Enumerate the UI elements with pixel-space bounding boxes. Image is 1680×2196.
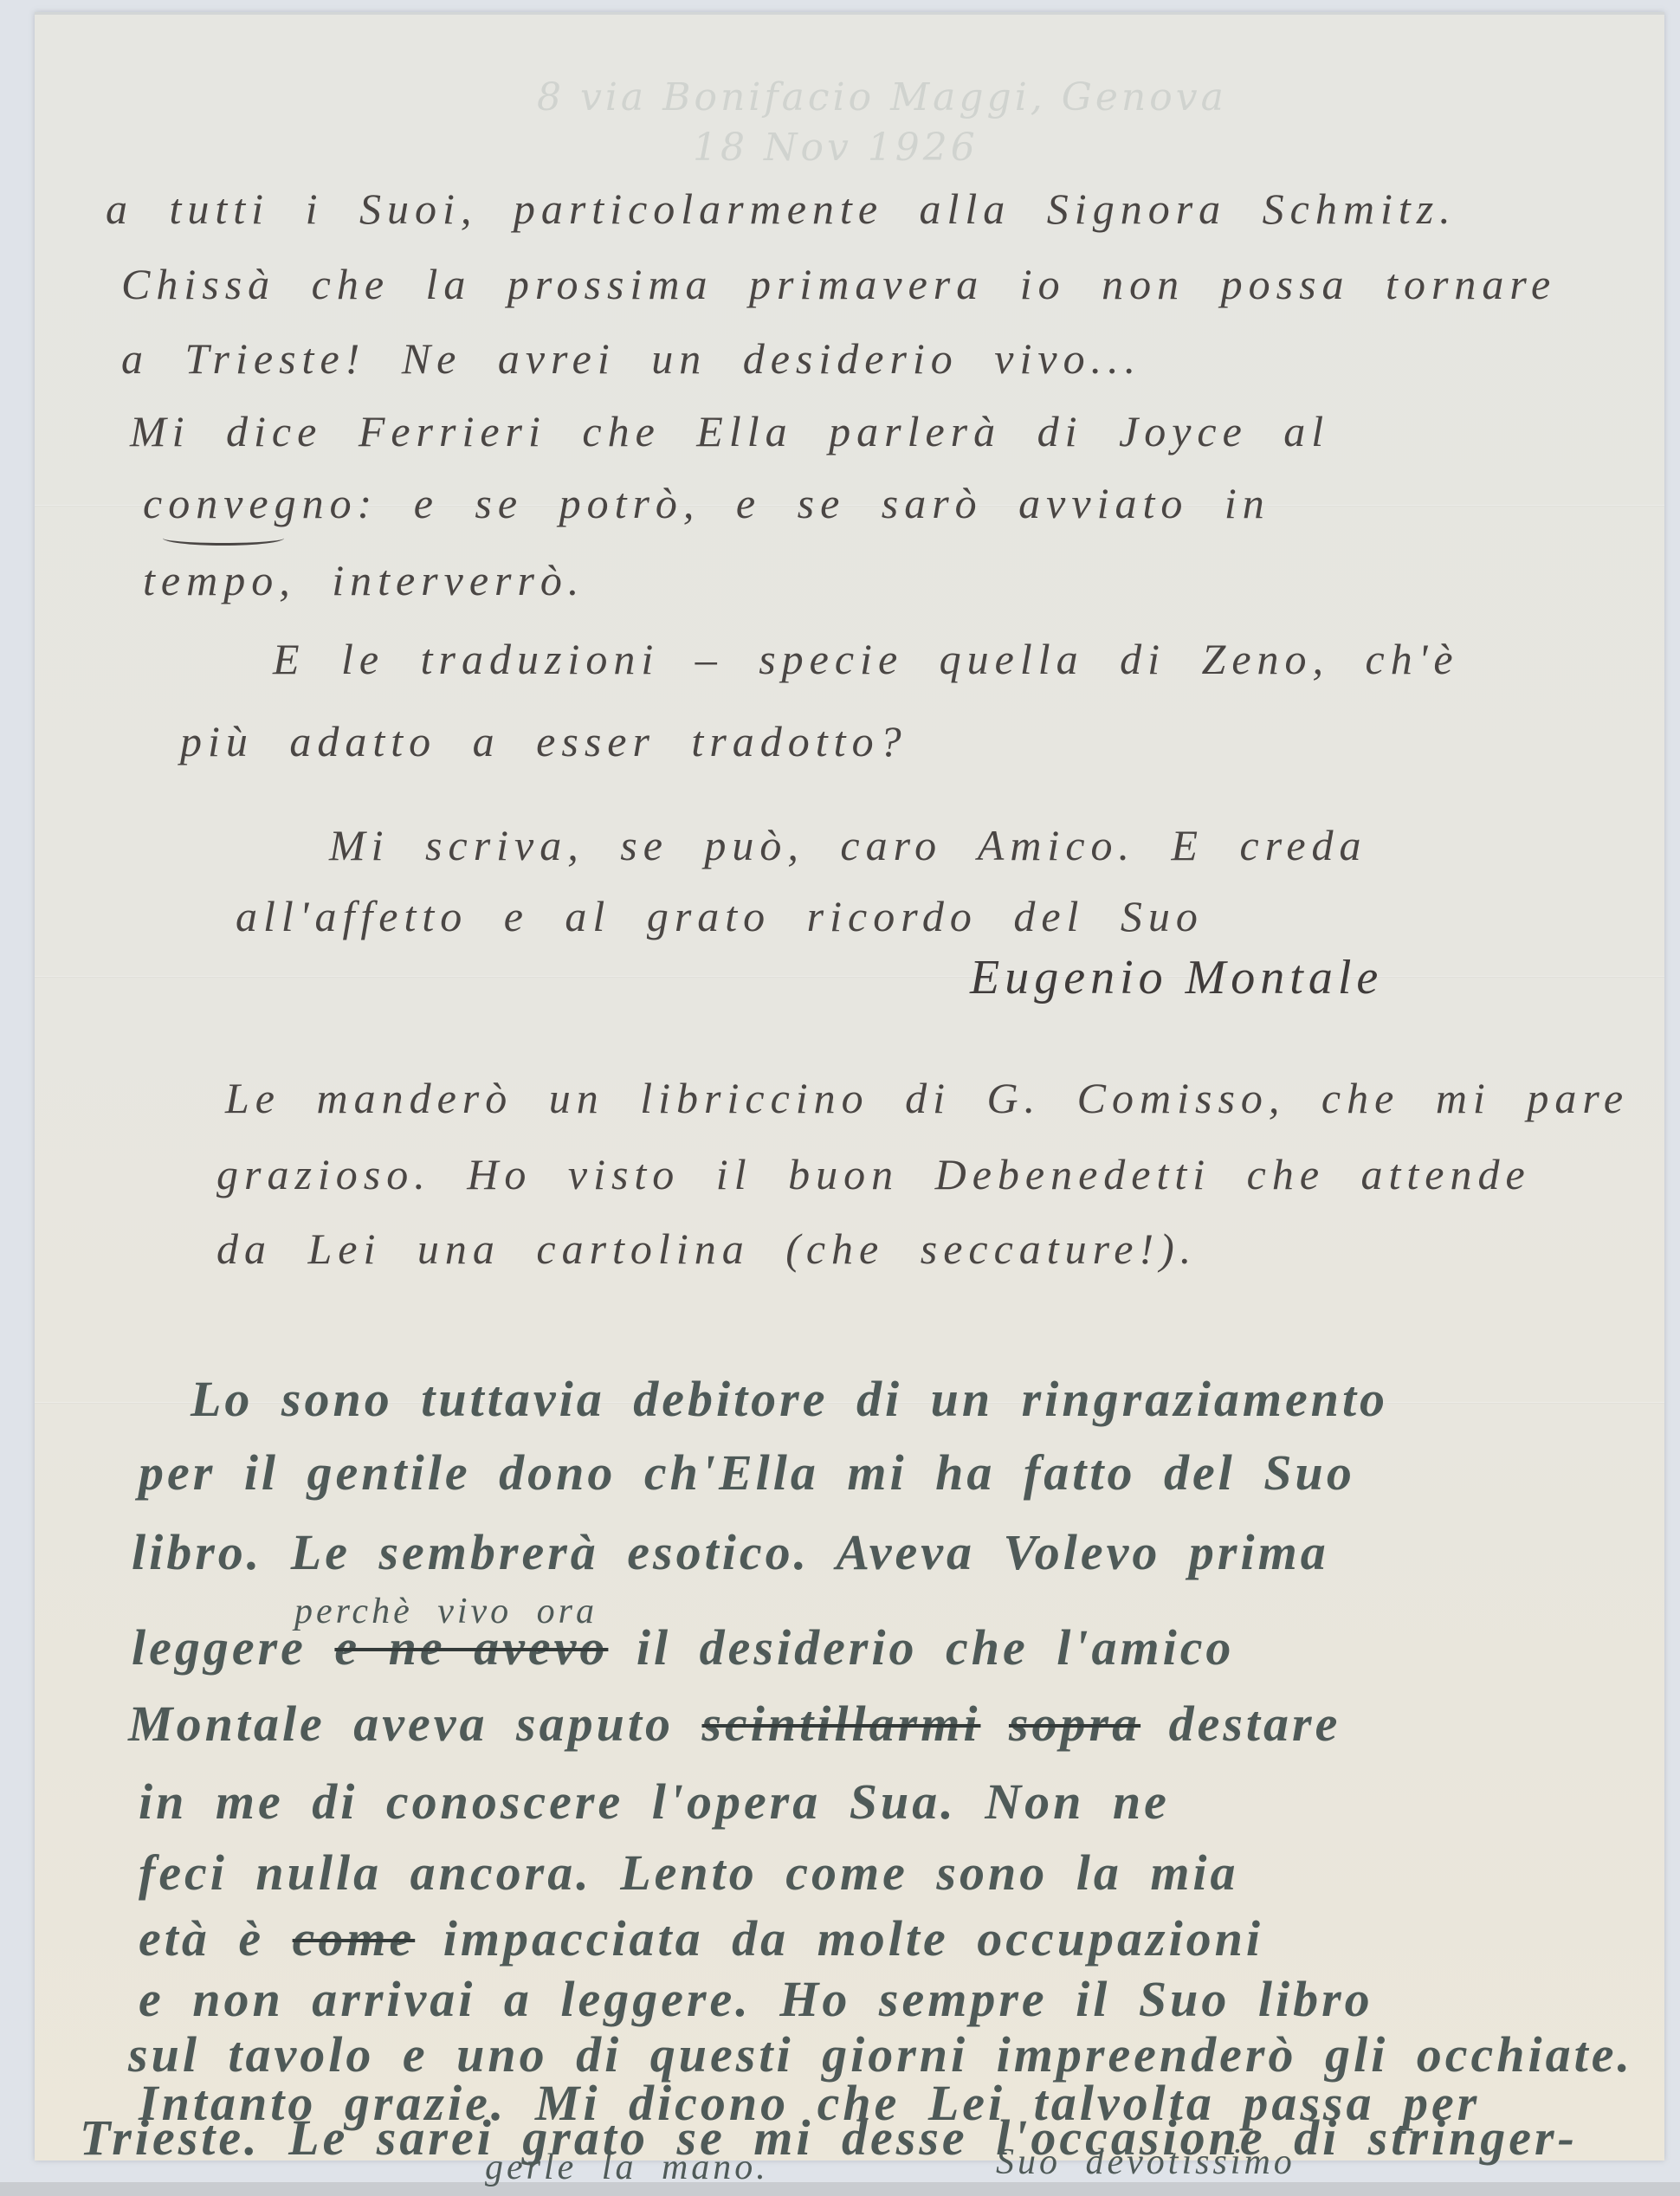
underline-convegno bbox=[163, 531, 284, 546]
svevo-valediction: Suo devotissimo bbox=[996, 2141, 1296, 2183]
svevo-line: feci nulla ancora. Lento come sono la mi… bbox=[139, 1844, 1239, 1902]
svevo-text: leggere bbox=[132, 1619, 307, 1676]
postscript-line: da Lei una cartolina (che seccature!). bbox=[216, 1224, 1197, 1274]
letter-line: Chissà che la prossima primavera io non … bbox=[121, 259, 1556, 309]
letter-line: E le traduzioni – specie quella di Zeno,… bbox=[273, 634, 1459, 684]
struck-text: come bbox=[293, 1910, 416, 1967]
letter-line: a tutti i Suoi, particolarmente alla Sig… bbox=[106, 184, 1457, 234]
svevo-line: Lo sono tuttavia debitore di un ringrazi… bbox=[191, 1370, 1388, 1428]
struck-text: scintillarmi bbox=[701, 1695, 980, 1752]
svevo-text: età è bbox=[139, 1910, 264, 1967]
svevo-line: e non arrivai a leggere. Ho sempre il Su… bbox=[139, 1970, 1373, 2028]
svevo-text: impacciata da molte occupazioni bbox=[443, 1910, 1263, 1967]
ghost-header-date: 18 Nov 1926 bbox=[693, 126, 979, 170]
svevo-line: per il gentile dono ch'Ella mi ha fatto … bbox=[139, 1444, 1355, 1502]
scan-bottom-band bbox=[0, 2182, 1680, 2196]
letter-line: convegno: e se potrò, e se sarò avviato … bbox=[143, 478, 1270, 528]
signature-montale: Eugenio Montale bbox=[970, 950, 1383, 1005]
svevo-line: libro. Le sembrerà esotico. Aveva Volevo… bbox=[132, 1523, 1329, 1581]
svevo-text: il desiderio che l'amico bbox=[636, 1619, 1235, 1676]
svevo-line: in me di conoscere l'opera Sua. Non ne bbox=[139, 1773, 1170, 1831]
letter-page: 8 via Bonifacio Maggi, Genova 18 Nov 192… bbox=[35, 12, 1664, 2160]
svevo-line: leggere e ne avevo il desiderio che l'am… bbox=[132, 1618, 1234, 1676]
svevo-text: Montale aveva saputo bbox=[128, 1695, 674, 1752]
letter-line: Mi dice Ferrieri che Ella parlerà di Joy… bbox=[130, 406, 1329, 456]
svevo-line: Trieste. Le sarei grato se mi desse l'oc… bbox=[80, 2109, 1578, 2167]
postscript-line: grazioso. Ho visto il buon Debenedetti c… bbox=[216, 1149, 1531, 1199]
svevo-closing: gerle la mano. bbox=[485, 2147, 769, 2188]
ghost-header-address: 8 via Bonifacio Maggi, Genova bbox=[537, 75, 1227, 119]
letter-line: all'affetto e al grato ricordo del Suo bbox=[236, 891, 1204, 941]
svevo-line: età è come impacciata da molte occupazio… bbox=[139, 1909, 1263, 1967]
struck-text: e ne avevo bbox=[334, 1619, 608, 1676]
svevo-text: destare bbox=[1169, 1695, 1341, 1752]
struck-text: sopra bbox=[1009, 1695, 1140, 1752]
svevo-line: Montale aveva saputo scintillarmi sopra … bbox=[128, 1695, 1341, 1753]
letter-line: più adatto a esser tradotto? bbox=[180, 716, 908, 766]
postscript-line: Le manderò un libriccino di G. Comisso, … bbox=[225, 1073, 1629, 1123]
letter-line: tempo, interverrò. bbox=[143, 555, 585, 605]
letter-line: a Trieste! Ne avrei un desiderio vivo... bbox=[121, 333, 1141, 384]
letter-line: Mi scriva, se può, caro Amico. E creda bbox=[329, 820, 1367, 870]
fold-crease bbox=[35, 976, 1664, 978]
